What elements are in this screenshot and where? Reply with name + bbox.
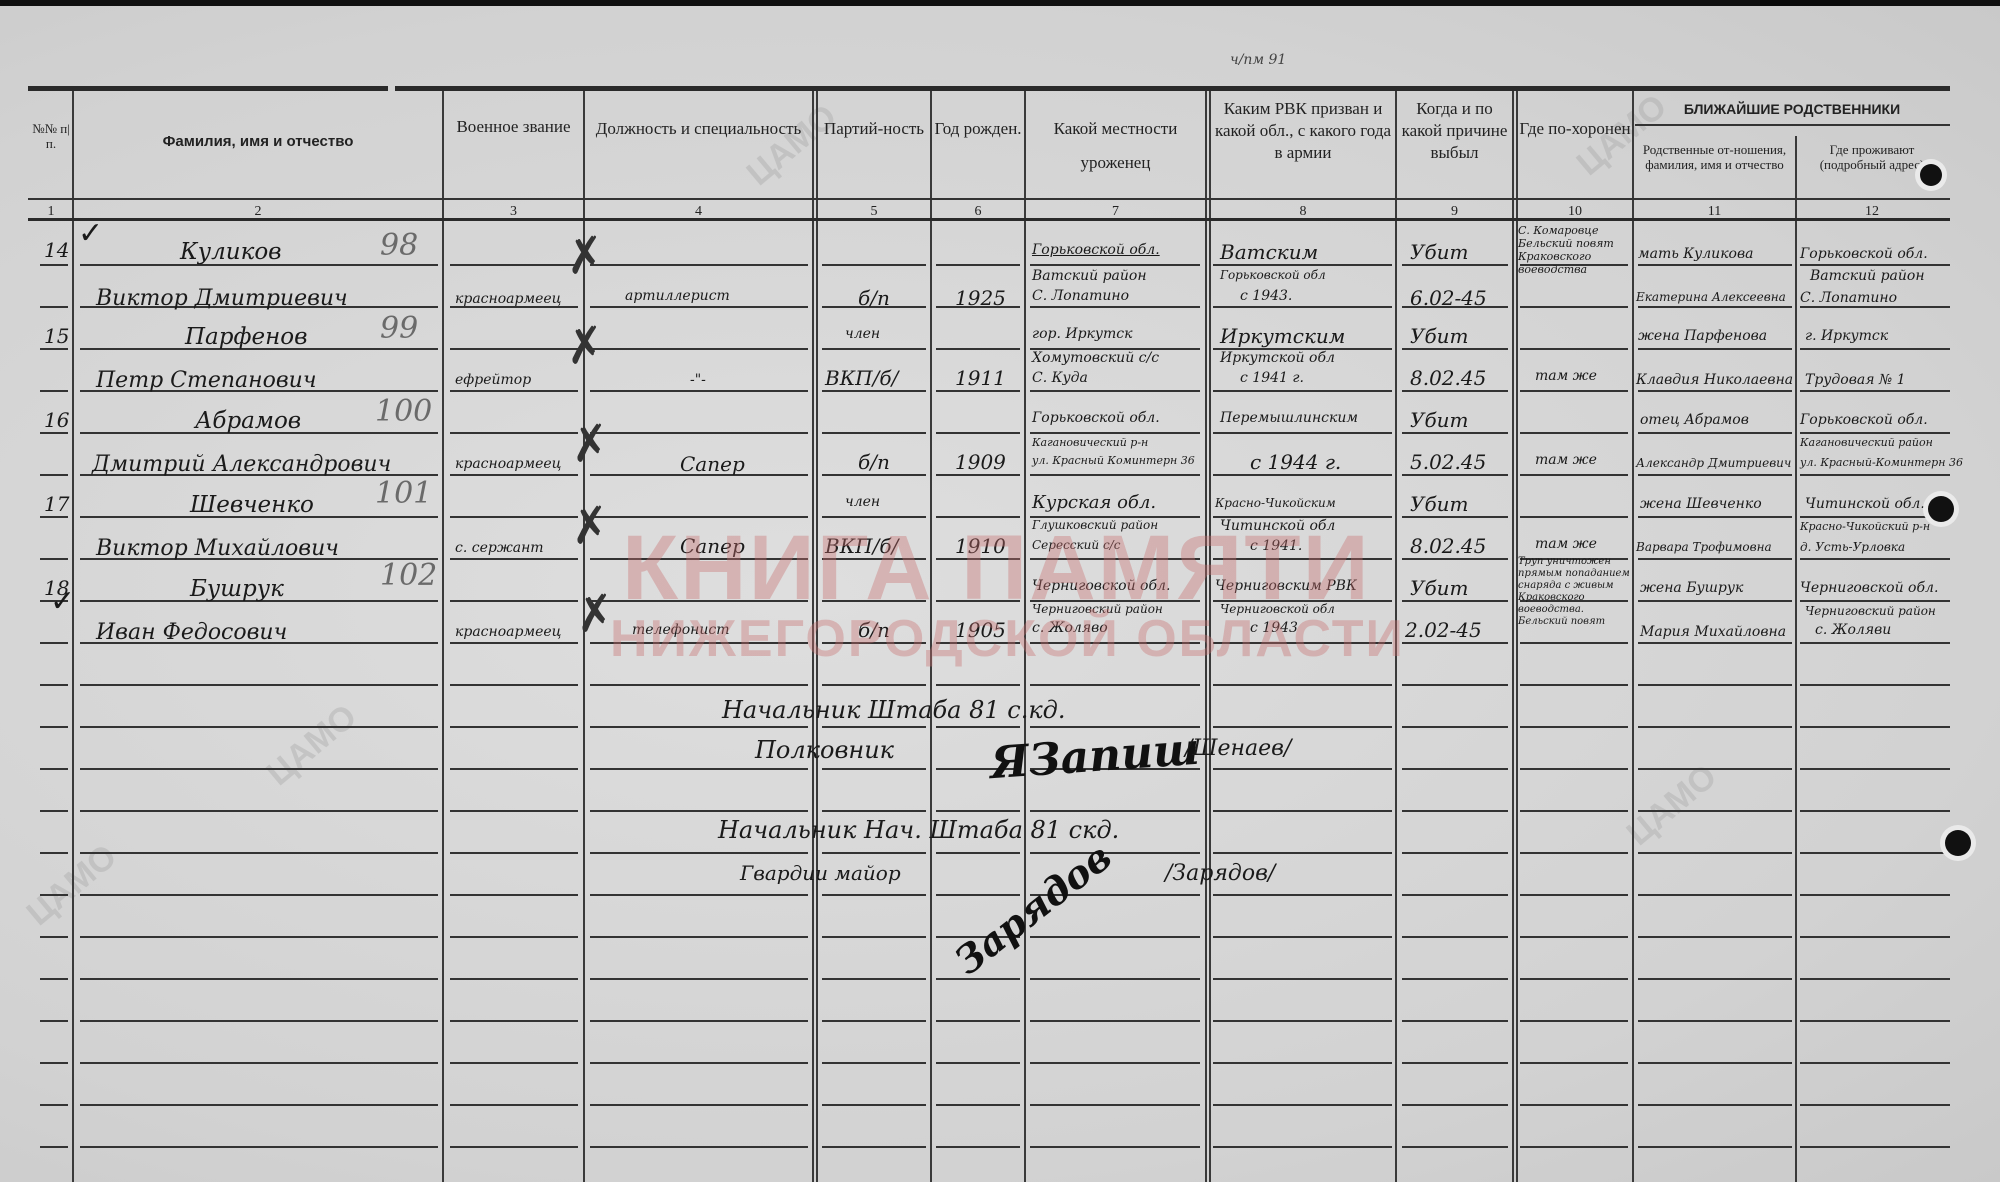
ruled-line [450,852,578,854]
ruled-line [40,936,68,938]
ruled-line [1402,558,1508,560]
ruled-line [590,936,808,938]
ruled-line [1402,348,1508,350]
col-header-4: Должность и специальность [585,112,812,146]
ruled-line [1213,936,1392,938]
origin: Кагановический р-н [1032,436,1207,449]
given-name: Иван Федосович [96,620,287,645]
address: Красно-Чикойский р-н [1800,520,1950,533]
ruled-line [1030,432,1200,434]
address: Черниговской обл. [1800,580,1938,596]
cross-mark-icon: ✗ [566,495,614,556]
ruled-line [936,474,1020,476]
ruled-line [1638,642,1792,644]
header-rule [28,198,1950,200]
ruled-line [1402,642,1508,644]
col-divider [812,91,814,1182]
surname: Бушрук [190,576,284,602]
ruled-line [1800,390,1950,392]
ruled-line [1520,978,1628,980]
ruled-line [1030,306,1200,308]
burial-place: там же [1535,452,1597,468]
ruled-line [1638,516,1792,518]
ruled-line [1030,1146,1200,1148]
ruled-line [936,390,1020,392]
cross-mark-icon: ✗ [566,413,614,474]
ruled-line [1030,474,1200,476]
ruled-line [590,516,808,518]
rvk: с 1943. [1240,288,1292,304]
origin: ул. Красный Коминтерн 36 [1032,454,1207,467]
ruled-line [1800,1104,1950,1106]
ruled-line [822,558,926,560]
rvk: Горьковской обл [1220,268,1326,282]
ruled-line [822,810,926,812]
ruled-line [1638,894,1792,896]
ruled-line [1402,1146,1508,1148]
signature-name-zaryadov: /Зарядов/ [1165,861,1275,886]
address: Кагановический район [1800,436,1950,449]
origin: С. Куда [1032,370,1088,386]
burial-place: там же [1535,536,1597,552]
ruled-line [80,1062,438,1064]
ruled-line [1800,432,1950,434]
burial-place: Труп уничтожен прямым попаданием снаряда… [1518,556,1630,628]
ruled-line [1800,1020,1950,1022]
top-rule [28,86,388,91]
ruled-line [450,600,578,602]
address: Читинской обл. [1805,496,1925,512]
surname: Парфенов [185,324,308,350]
ruled-line [1030,852,1200,854]
ruled-line [822,474,926,476]
ruled-line [1800,642,1950,644]
date: 8.02.45 [1410,366,1486,390]
ruled-line [40,1062,68,1064]
list-number: 101 [375,476,432,511]
punch-hole [1920,164,1942,186]
ruled-line [450,1020,578,1022]
ruled-line [450,1104,578,1106]
ruled-line [1800,558,1950,560]
status: Убит [1410,492,1469,516]
ruled-line [936,516,1020,518]
relative: жена Шевченко [1640,496,1762,512]
top-rule [395,86,1950,91]
address: Горьковской обл. [1800,246,1928,262]
origin: Черниговской обл. [1032,578,1170,594]
ruled-line [1638,390,1792,392]
ruled-line [822,894,926,896]
origin: Глушковский район [1032,518,1158,532]
ruled-line [1520,852,1628,854]
address: Черниговский район [1805,604,1936,618]
ruled-line [1638,306,1792,308]
ruled-line [1213,726,1392,728]
ruled-line [1213,1020,1392,1022]
surname: Куликов [180,239,282,265]
ruled-line [450,894,578,896]
party: б/п [858,450,890,474]
ruled-line [450,810,578,812]
col-num: 3 [444,201,583,223]
relative: мать Куликова [1638,246,1753,262]
ruled-line [80,810,438,812]
archive-stamp: ЦАМО [1620,757,1725,854]
col-divider [1632,91,1634,1182]
origin: гор. Иркутск [1032,326,1133,342]
col-divider [442,91,444,1182]
surname: Шевченко [190,492,314,518]
ruled-line [822,1062,926,1064]
party: б/п [858,286,890,310]
ruled-line [1520,768,1628,770]
ruled-line [936,348,1020,350]
col-num: 9 [1397,201,1512,223]
position: артиллерист [625,288,730,304]
party: ВКП/б/ [825,366,898,390]
ruled-line [590,852,808,854]
ruled-line [1800,978,1950,980]
origin: Хомутовский с/с [1032,350,1159,366]
address: Трудовая № 1 [1805,372,1906,388]
ruled-line [1030,1062,1200,1064]
ruled-line [40,684,68,686]
ruled-line [1030,1020,1200,1022]
ruled-line [936,1020,1020,1022]
cross-mark-icon: ✗ [561,225,609,286]
ruled-line [1520,1146,1628,1148]
ruled-line [936,600,1020,602]
list-number: 102 [380,558,437,593]
ruled-line [1638,810,1792,812]
ruled-line [80,978,438,980]
burial-place: там же [1535,368,1597,384]
ruled-line [1520,516,1628,518]
ruled-line [80,936,438,938]
status: Убит [1410,324,1469,348]
col-header-9: Когда и по какой причине выбыл [1397,98,1512,164]
ruled-line [1402,1020,1508,1022]
ruled-line [590,306,808,308]
ruled-line [1520,348,1628,350]
ruled-line [1030,810,1200,812]
ruled-line [936,1146,1020,1148]
ruled-line [1213,432,1392,434]
ruled-line [1800,936,1950,938]
ruled-line [1800,1062,1950,1064]
ruled-line [450,264,578,266]
row-number: 16 [44,408,69,432]
group-header-relatives: БЛИЖАЙШИЕ РОДСТВЕННИКИ [1634,98,1950,120]
date: 6.02-45 [1410,286,1487,310]
ruled-line [40,978,68,980]
ruled-line [1213,642,1392,644]
ruled-line [40,1020,68,1022]
group-header-rule [1635,124,1950,126]
ruled-line [1402,684,1508,686]
ruled-line [450,432,578,434]
relative: Клавдия Николаевна [1636,372,1793,388]
relative: Мария Михайловна [1640,624,1786,640]
ruled-line [590,390,808,392]
address: С. Лопатино [1800,290,1897,306]
ruled-line [590,768,808,770]
ruled-line [1213,894,1392,896]
rank: с. сержант [455,540,544,556]
ruled-line [822,1020,926,1022]
ruled-line [450,558,578,560]
ruled-line [590,684,808,686]
ruled-line [450,1062,578,1064]
birth-year: 1909 [955,450,1006,474]
ruled-line [1402,432,1508,434]
ruled-line [1213,306,1392,308]
ruled-line [1402,852,1508,854]
rank: красноармеец [455,456,561,472]
ruled-line [80,1104,438,1106]
ruled-line [1638,1146,1792,1148]
ruled-line [1638,978,1792,980]
ruled-line [590,1146,808,1148]
given-name: Петр Степанович [96,368,317,393]
ruled-line [1030,558,1200,560]
ruled-line [450,936,578,938]
ruled-line [936,642,1020,644]
ruled-line [1520,726,1628,728]
row-number: 14 [44,238,69,262]
document-page: ЦАМО ЦАМО ЦАМО ЦАМО ЦАМО ч/пм 91 №№ п|п.… [0,6,2000,1182]
col-header-10: Где по-хоронен [1518,112,1632,146]
ruled-line [936,1104,1020,1106]
date: 8.02.45 [1410,534,1486,558]
list-number: 99 [380,311,418,346]
ruled-line [822,978,926,980]
position: телефонист [632,622,730,638]
address: д. Усть-Урловка [1800,540,1905,554]
col-divider [72,91,74,1182]
ruled-line [40,852,68,854]
archive-stamp: ЦАМО [260,697,365,794]
ruled-line [1213,1104,1392,1106]
ruled-line [1402,768,1508,770]
col-num: 5 [818,201,930,223]
ruled-line [822,684,926,686]
col-divider [1512,91,1514,1182]
ruled-line [590,1062,808,1064]
ruled-line [1213,1146,1392,1148]
col-num: 4 [585,201,812,223]
relative: жена Парфенова [1638,328,1767,344]
origin: с. Жоляво [1032,620,1108,636]
watermark-subtitle: НИЖЕГОРОДСКОЙ ОБЛАСТИ [610,609,1405,669]
ruled-line [822,642,926,644]
ruled-line [936,432,1020,434]
ruled-line [1638,1062,1792,1064]
origin: Курская обл. [1032,492,1156,513]
ruled-line [1213,684,1392,686]
rank: ефрейтор [455,372,531,388]
ruled-line [1638,600,1792,602]
ruled-line [80,852,438,854]
ruled-line [1638,348,1792,350]
ruled-line [40,642,68,644]
ruled-line [1638,1020,1792,1022]
ruled-line [1030,978,1200,980]
ruled-line [590,810,808,812]
col-header-8: Каким РВК призван и какой обл., с какого… [1211,98,1395,164]
rvk: с 1941 г. [1240,370,1304,386]
ruled-line [1213,1062,1392,1064]
ruled-line [1520,936,1628,938]
checkmark-icon: ✓ [78,216,103,251]
address: Горьковской обл. [1800,412,1928,428]
ruled-line [590,726,808,728]
ruled-line [1800,726,1950,728]
origin: Ватский район [1032,268,1147,284]
surname: Абрамов [195,408,301,434]
ruled-line [1402,1062,1508,1064]
ruled-line [590,432,808,434]
ruled-line [1402,264,1508,266]
ruled-line [1800,306,1950,308]
birth-year: 1925 [955,286,1006,310]
rvk: с 1941. [1250,538,1302,554]
ruled-line [590,348,808,350]
ruled-line [1402,726,1508,728]
col-header-7: Какой местности уроженец [1026,112,1205,180]
party: б/п [858,618,890,642]
signature-rank-major: Гвардии майор [740,861,901,885]
col-num: 10 [1518,201,1632,223]
ruled-line [936,726,1020,728]
ruled-line [1402,978,1508,980]
ruled-line [1402,600,1508,602]
ruled-line [1213,264,1392,266]
ruled-line [450,726,578,728]
ruled-line [822,390,926,392]
col-header-5: Партий-ность [818,112,930,146]
list-number: 98 [380,228,418,263]
relative: жена Бушрук [1640,580,1743,596]
ruled-line [1520,1062,1628,1064]
ruled-line [1213,810,1392,812]
rvk: Иркутским [1220,324,1345,348]
col-num: 1 [30,201,72,223]
rvk: Перемышлинским [1220,410,1358,426]
ruled-line [936,852,1020,854]
party: ВКП/б/ [825,534,898,558]
ruled-line [1213,978,1392,980]
ruled-line [1800,474,1950,476]
rank: красноармеец [455,291,561,307]
ruled-line [590,894,808,896]
punch-hole [1945,830,1971,856]
ruled-line [1520,642,1628,644]
ruled-line [1800,852,1950,854]
ruled-line [936,264,1020,266]
ruled-line [1638,684,1792,686]
given-name: Виктор Дмитриевич [96,286,348,311]
ruled-line [590,1104,808,1106]
ruled-line [1030,264,1200,266]
ruled-line [80,894,438,896]
col-divider [930,91,932,1182]
signature-scribble: Зарядов [946,834,1120,984]
status: Убит [1410,240,1469,264]
position: Сапер [680,534,745,558]
origin: Горьковской обл. [1032,242,1160,258]
address: Ватский район [1810,268,1925,284]
relative: Александр Дмитриевич [1636,456,1791,470]
ruled-line [40,894,68,896]
ruled-line [40,474,68,476]
ruled-line [1213,390,1392,392]
ruled-line [1213,558,1392,560]
rvk: с 1943 [1250,620,1298,636]
signature-line-chief-of-staff: Начальник Штаба 81 с.кд. [722,696,1066,724]
ruled-line [822,1104,926,1106]
ruled-line [450,1146,578,1148]
ruled-line [822,432,926,434]
ruled-line [40,432,68,434]
ruled-line [822,768,926,770]
ruled-line [590,1020,808,1022]
address: ул. Красный-Коминтерн 36 [1800,456,1950,469]
ruled-line [450,390,578,392]
given-name: Дмитрий Александрович [92,452,391,477]
signature-line-deputy: Начальник Нач. Штаба 81 скд. [718,816,1119,844]
ruled-line [1520,810,1628,812]
list-number: 100 [375,394,432,429]
ruled-line [1638,432,1792,434]
top-mark: ч/пм 91 [1230,52,1286,68]
col-header-2: Фамилия, имя и отчество [74,131,442,153]
checkmark-icon: ✓ [50,584,75,619]
date: 2.02-45 [1405,618,1482,642]
party-member: член [845,494,880,510]
col-header-11: Родственные от-ношения, фамилия, имя и о… [1634,142,1795,172]
ruled-line [1800,516,1950,518]
ruled-line [1402,894,1508,896]
ruled-line [1402,1104,1508,1106]
ruled-line [822,726,926,728]
ruled-line [1030,642,1200,644]
signature-scribble: ЯЗапиш [988,724,1201,789]
ruled-line [822,600,926,602]
ruled-line [1800,1146,1950,1148]
ruled-line [822,1146,926,1148]
ruled-line [822,264,926,266]
ruled-line [1030,936,1200,938]
rvk: с 1944 г. [1250,450,1341,474]
ruled-line [40,264,68,266]
col-num: 6 [932,201,1024,223]
relative: отец Абрамов [1640,412,1749,428]
col-divider [1795,136,1797,1182]
col-divider [1395,91,1397,1182]
ruled-line [1800,684,1950,686]
rvk: Читинской обл [1220,518,1335,534]
col-header-6: Год рожден. [932,112,1024,146]
ruled-line [1800,894,1950,896]
col-num: 8 [1211,201,1395,223]
ruled-line [1638,936,1792,938]
ruled-line [1520,432,1628,434]
cross-mark-icon: ✗ [571,583,619,644]
relative: Варвара Трофимовна [1636,540,1772,554]
ruled-line [80,726,438,728]
